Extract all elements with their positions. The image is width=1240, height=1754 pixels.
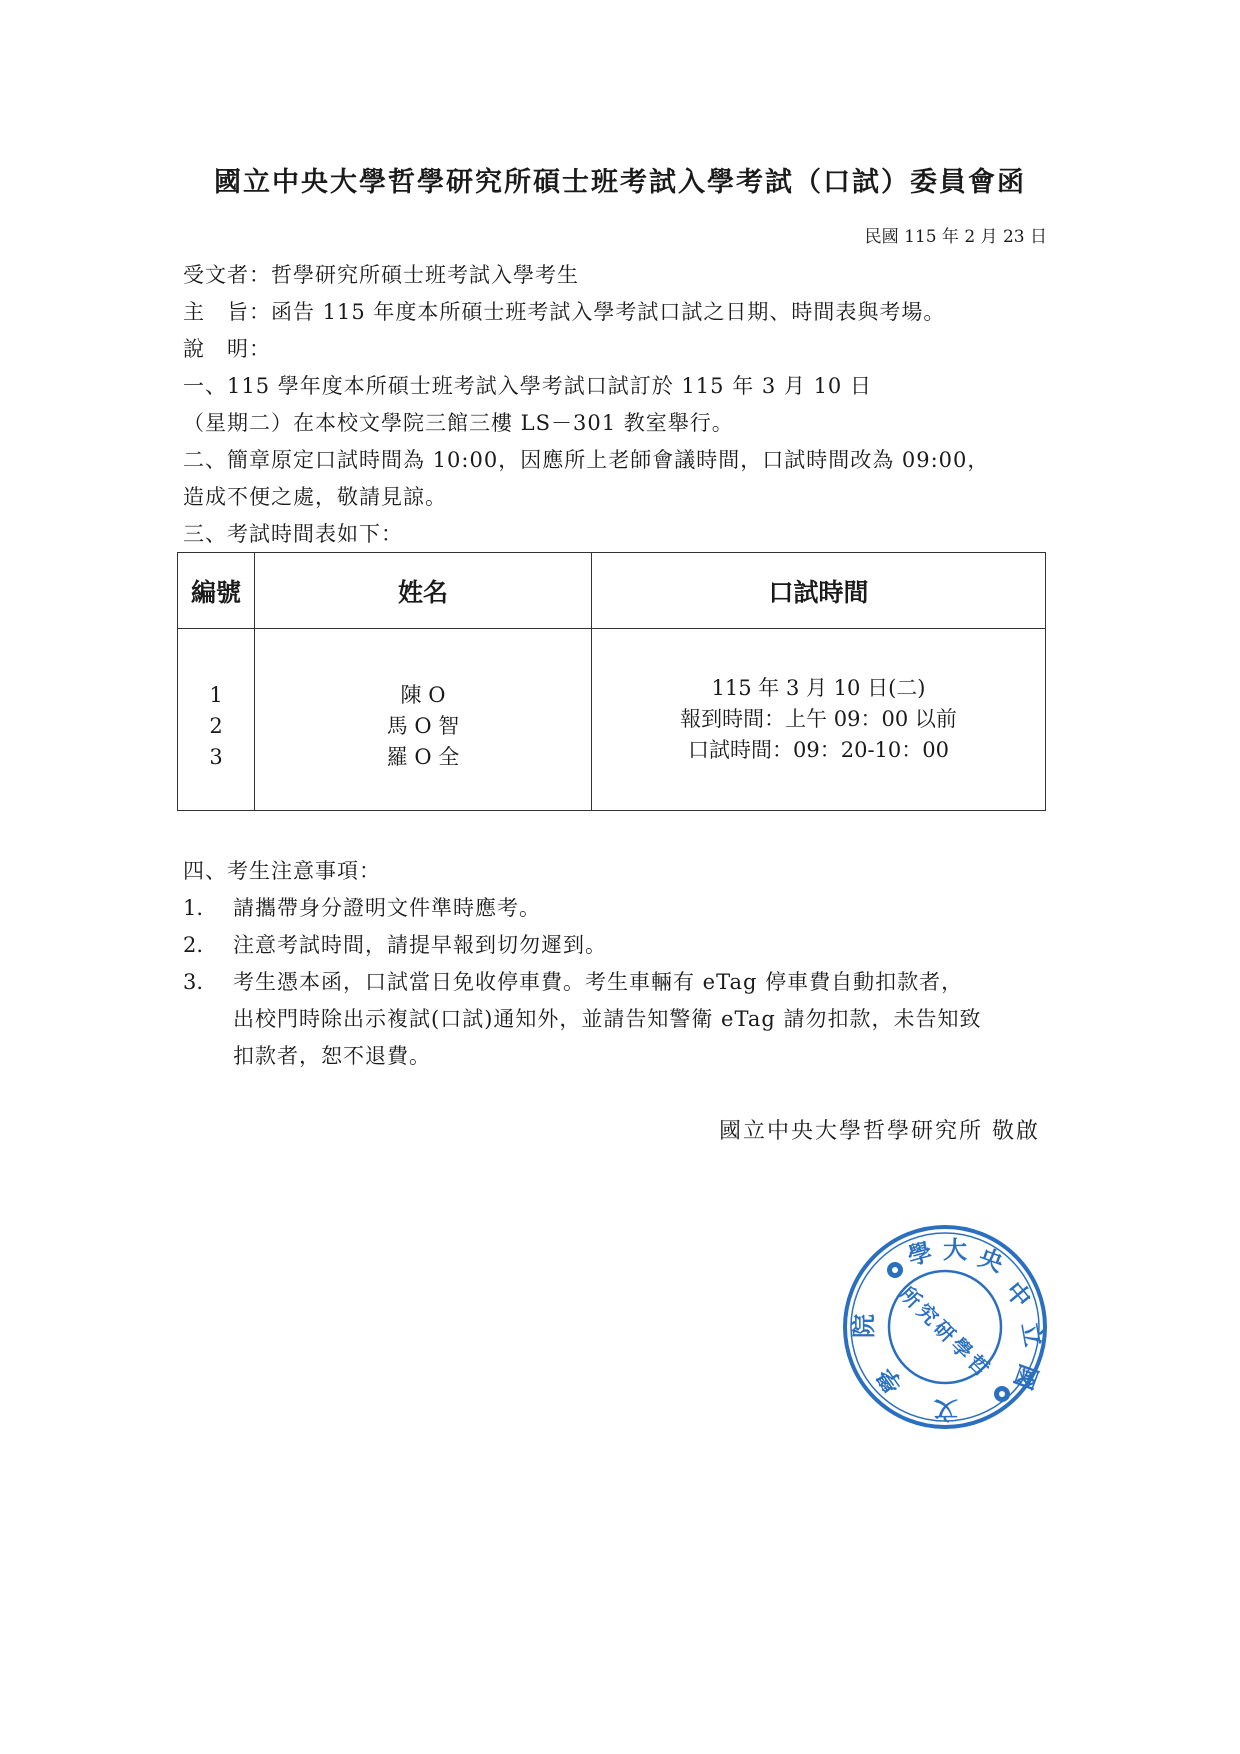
note-item-1: 1.請攜帶身分證明文件準時應考。 (183, 892, 541, 922)
exam-time: 口試時間：09：20-10：00 (592, 735, 1045, 766)
svg-text:中: 中 (1000, 1276, 1038, 1313)
item-two-line1: 二、簡章原定口試時間為 10:00，因應所上老師會議時間，口試時間改為 09:0… (183, 444, 989, 474)
subject-label: 主 旨： (183, 300, 271, 324)
number-2: 2 (178, 711, 254, 742)
recipient-value: 哲學研究所碩士班考試入學考生 (271, 263, 579, 287)
table-row: 1 2 3 陳 O 馬 O 智 羅 O 全 115 年 3 月 10 日(二) … (178, 629, 1046, 811)
svg-text:文: 文 (934, 1396, 958, 1425)
name-2: 馬 O 智 (255, 711, 591, 742)
number-3: 3 (178, 742, 254, 773)
name-1: 陳 O (255, 666, 591, 711)
time-cell: 115 年 3 月 10 日(二) 報到時間：上午 09：00 以前 口試時間：… (592, 629, 1046, 811)
note-item-2: 2.注意考試時間，請提早報到切勿遲到。 (183, 929, 607, 959)
note-number: 1. (183, 896, 233, 920)
note-item-3-line2: 出校門時除出示複試(口試)通知外，並請告知警衛 eTag 請勿扣款，未告知致 (233, 1003, 982, 1033)
notes-heading: 四、考生注意事項： (183, 855, 381, 885)
name-3: 羅 O 全 (255, 742, 591, 773)
note-number: 3. (183, 970, 233, 994)
exam-date: 115 年 3 月 10 日(二) (592, 673, 1045, 704)
subject-line: 主 旨：函告 115 年度本所碩士班考試入學考試口試之日期、時間表與考場。 (183, 296, 945, 326)
recipient-label: 受文者： (183, 263, 271, 287)
name-cell: 陳 O 馬 O 智 羅 O 全 (255, 629, 592, 811)
svg-text:央: 央 (975, 1242, 1007, 1277)
number-cell: 1 2 3 (178, 629, 255, 811)
note-text: 考生憑本函，口試當日免收停車費。考生車輛有 eTag 停車費自動扣款者， (233, 970, 963, 994)
svg-text:立: 立 (1016, 1320, 1049, 1349)
subject-value: 函告 115 年度本所碩士班考試入學考試口試之日期、時間表與考場。 (271, 300, 945, 324)
svg-text:學: 學 (903, 1237, 935, 1271)
header-name: 姓名 (255, 553, 592, 629)
table-header-row: 編號 姓名 口試時間 (178, 553, 1046, 629)
note-item-3: 3.考生憑本函，口試當日免收停車費。考生車輛有 eTag 停車費自動扣款者， (183, 966, 963, 996)
header-time: 口試時間 (592, 553, 1046, 629)
number-1: 1 (178, 666, 254, 711)
document-title: 國立中央大學哲學研究所碩士班考試入學考試（口試）委員會函 (0, 160, 1240, 199)
header-number: 編號 (178, 553, 255, 629)
signature: 國立中央大學哲學研究所 敬啟 (719, 1114, 1040, 1145)
svg-text:學: 學 (871, 1362, 909, 1399)
seal-stamp-icon: 學 大 央 中 立 國 文 學 院 所 究 研 學 哲 (840, 1222, 1050, 1432)
check-in-time: 報到時間：上午 09：00 以前 (592, 704, 1045, 735)
note-number: 2. (183, 933, 233, 957)
note-item-3-line3: 扣款者，恕不退費。 (233, 1040, 431, 1070)
svg-text:大: 大 (943, 1235, 967, 1264)
note-text: 注意考試時間，請提早報到切勿遲到。 (233, 933, 607, 957)
schedule-table: 編號 姓名 口試時間 1 2 3 陳 O 馬 O 智 羅 O 全 115 年 3… (177, 552, 1046, 811)
note-text: 請攜帶身分證明文件準時應考。 (233, 896, 541, 920)
explanation-label: 說 明： (183, 333, 271, 363)
item-two-line2: 造成不便之處，敬請見諒。 (183, 481, 447, 511)
item-one-line1: 一、115 學年度本所碩士班考試入學考試口試訂於 115 年 3 月 10 日 (183, 370, 872, 400)
official-seal: 學 大 央 中 立 國 文 學 院 所 究 研 學 哲 (840, 1222, 1050, 1432)
item-three: 三、考試時間表如下： (183, 518, 403, 548)
svg-text:院: 院 (849, 1314, 878, 1338)
recipient-line: 受文者：哲學研究所碩士班考試入學考生 (183, 259, 579, 289)
item-one-line2: （星期二）在本校文學院三館三樓 LS－301 教室舉行。 (183, 407, 734, 437)
document-date: 民國 115 年 2 月 23 日 (865, 222, 1047, 247)
